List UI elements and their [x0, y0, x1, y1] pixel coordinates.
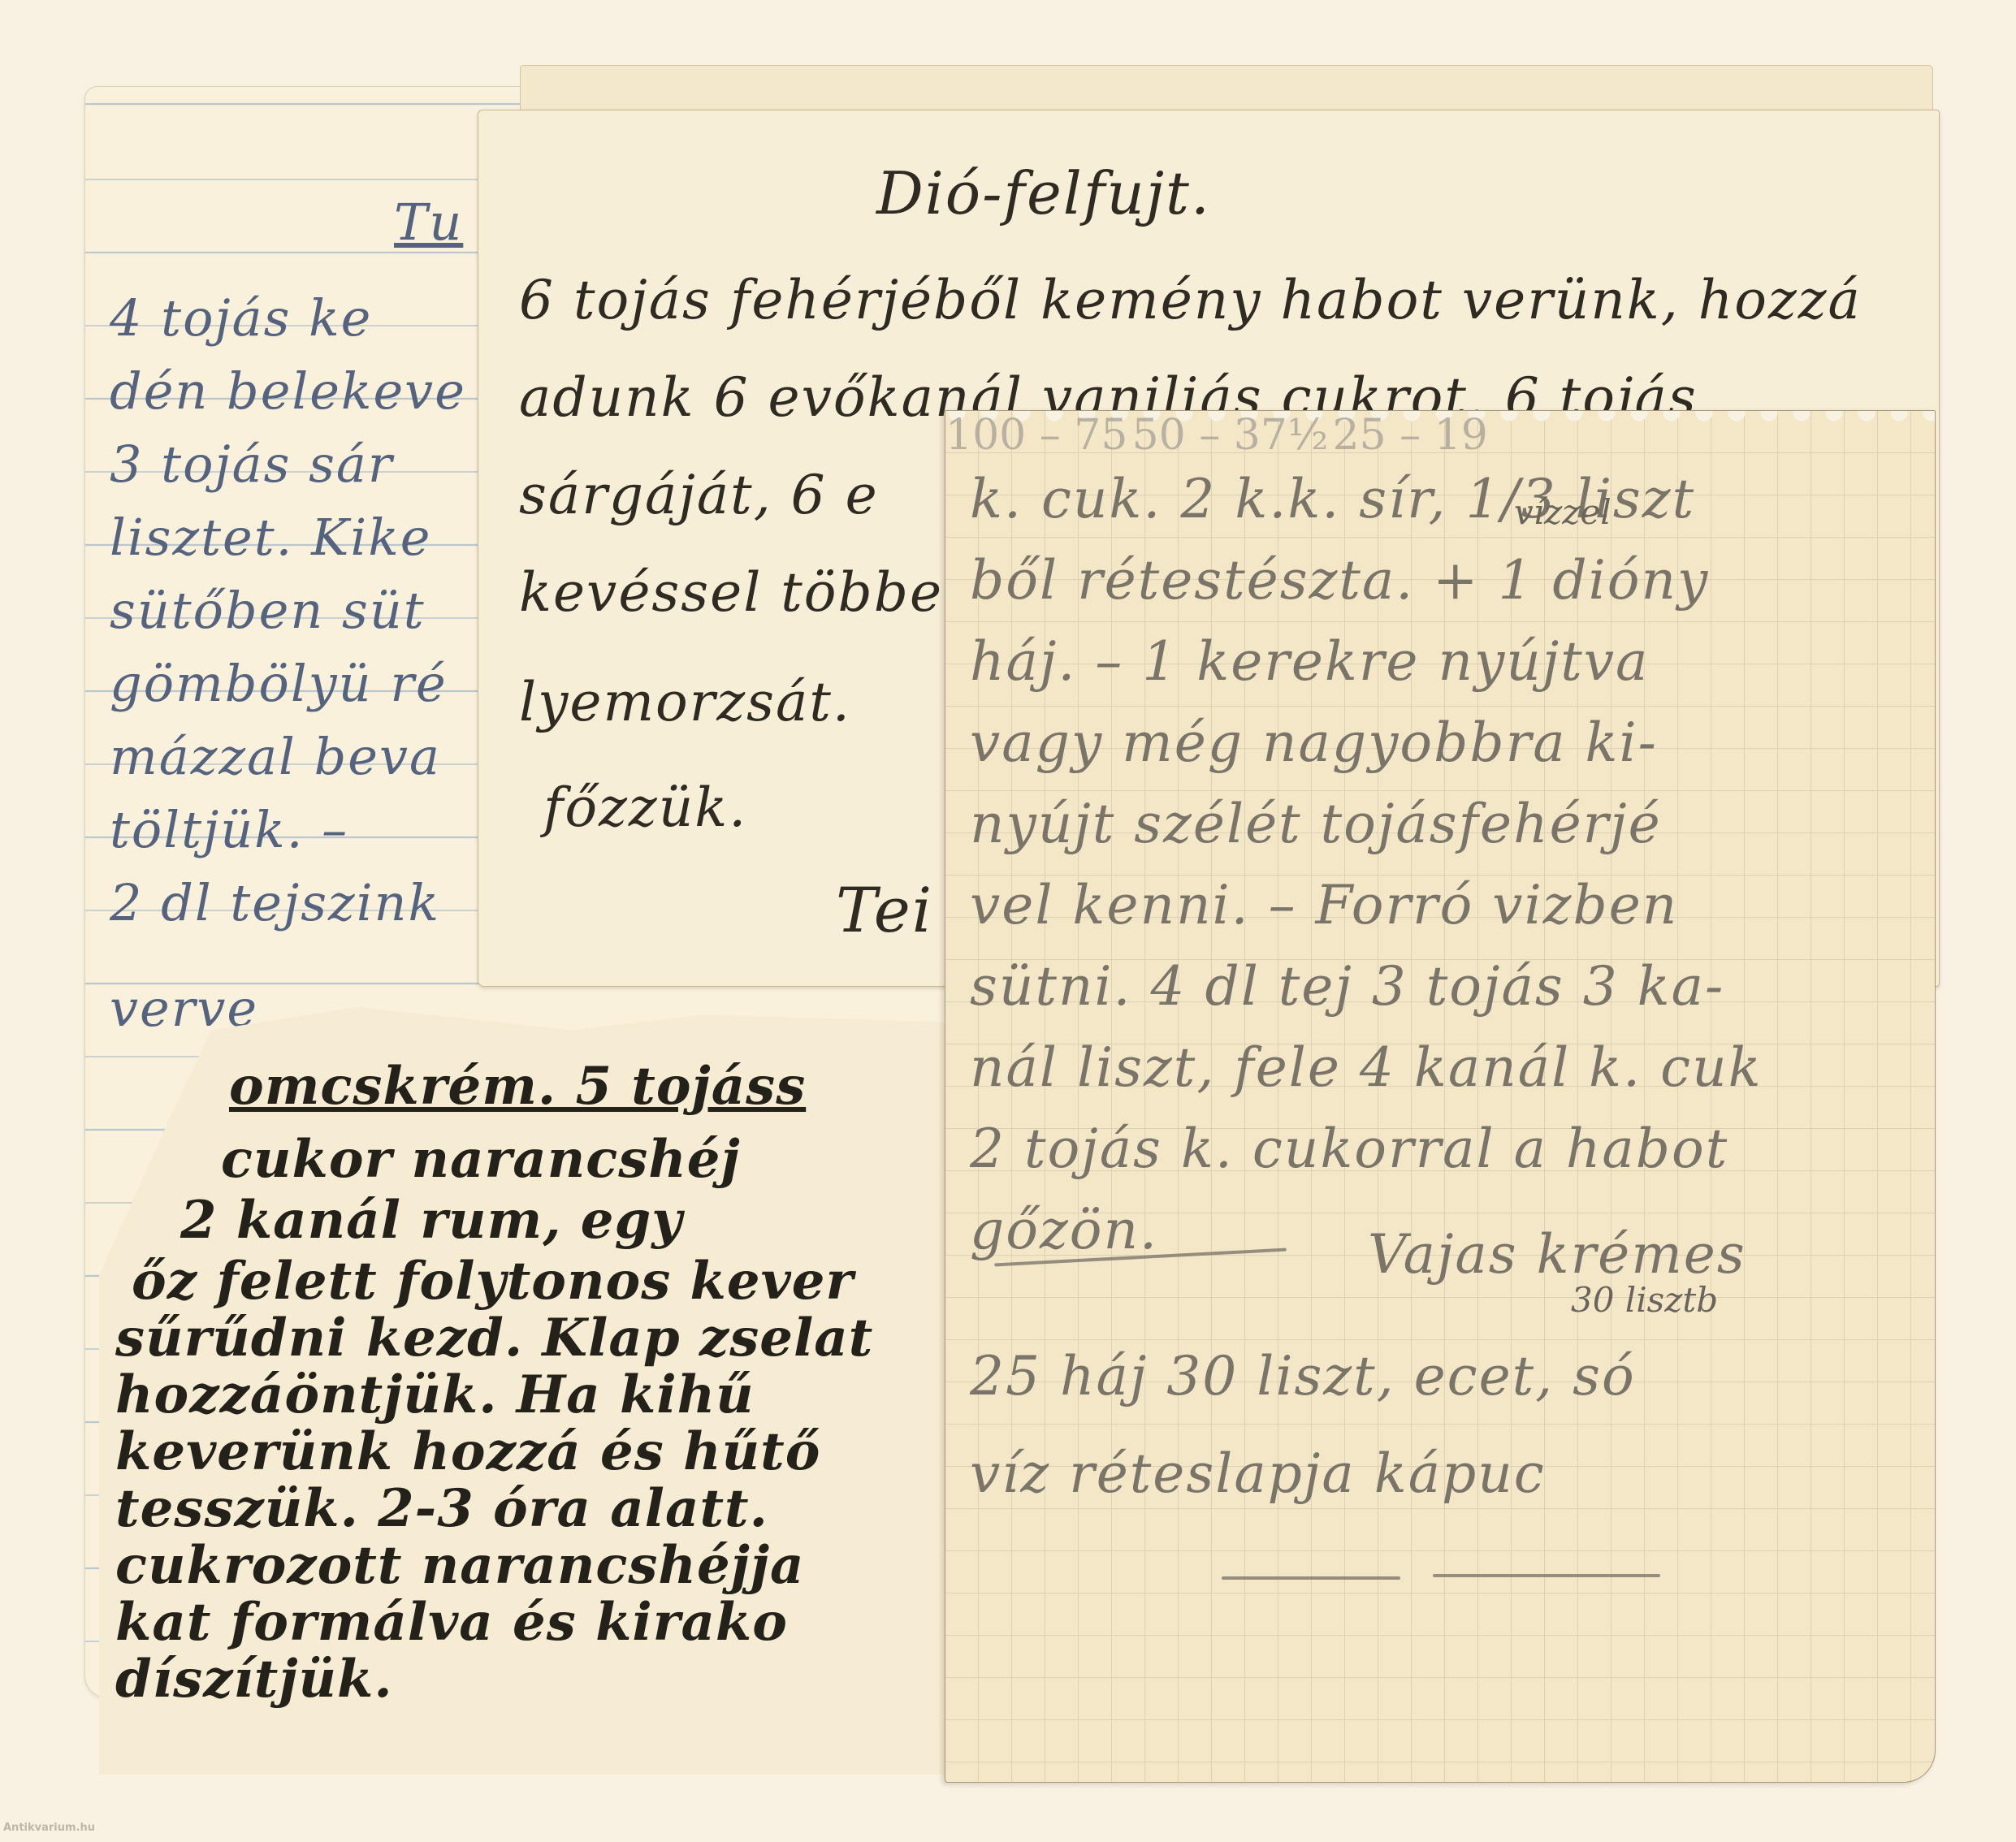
dio-line-1: 6 tojás fehérjéből kemény habot verünk, … — [519, 269, 1862, 331]
graph-line-9: 2 tojás k. cukorral a habot — [970, 1118, 1728, 1180]
lined-line-1: 4 tojás ke — [110, 288, 372, 348]
graph-section2-title: Vajas krémes — [1368, 1223, 1746, 1286]
divider-rule-3 — [1433, 1574, 1660, 1577]
graph-line-6: vel kenni. – Forró vizben — [970, 874, 1678, 936]
torn-line-7: keverünk hozzá és hűtő — [115, 1421, 820, 1482]
torn-line-1: omcskrém. 5 tojáss — [229, 1056, 806, 1117]
dio-line-4: kevéssel többet — [519, 561, 967, 624]
lined-line-9: 2 dl tejszink — [110, 873, 440, 932]
torn-line-5: sűrűdni kezd. Klap zselat — [115, 1308, 873, 1369]
graph-line-8: nál liszt, fele 4 kanál k. cuk — [970, 1036, 1763, 1099]
torn-line-6: hozzáöntjük. Ha kihű — [115, 1364, 755, 1425]
lined-line-2: dén belekeve — [110, 361, 466, 421]
lined-line-8: töltjük. – — [110, 800, 348, 859]
graph-line-10: gőzön. — [970, 1199, 1158, 1261]
lined-line-7: mázzal beva — [110, 727, 441, 786]
graph-section2-line-2: víz réteslapja kápuc — [970, 1442, 1546, 1505]
graph-section2-note: 30 lisztb — [1571, 1280, 1718, 1320]
graph-line-7: sütni. 4 dl tej 3 tojás 3 ka- — [970, 955, 1724, 1018]
calc-line-3: 25 – 19 — [1332, 411, 1487, 460]
torn-line-2: cukor narancshéj — [221, 1129, 741, 1190]
divider-rule-2 — [1222, 1576, 1400, 1580]
dio-card-title: Dió-felfujt. — [876, 159, 1211, 227]
graph-line-3: háj. – 1 kerekre nyújtva — [970, 630, 1649, 693]
graph-line-2: ből rétestészta. + 1 dióny — [970, 549, 1709, 612]
graph-section2-line-1: 25 háj 30 liszt, ecet, só — [970, 1345, 1636, 1407]
calc-line-1: 100 – 75 — [945, 411, 1127, 460]
graph-line-5: nyújt szélét tojásfehérjé — [970, 793, 1662, 855]
torn-recipe-scrap: omcskrém. 5 tojáss cukor narancshéj 2 ka… — [99, 1007, 960, 1775]
dio-line-3: sárgáját, 6 e — [519, 464, 879, 526]
torn-line-8: tesszük. 2-3 óra alatt. — [115, 1478, 768, 1539]
torn-line-3: 2 kanál rum, egy — [180, 1190, 682, 1251]
lined-line-4: lisztet. Kike — [110, 508, 432, 567]
graph-paper-page: k. cuk. 2 k.k. sír, 1/3 liszt vízzel ből… — [945, 410, 1936, 1783]
dio-line-5: lyemorzsát. — [519, 671, 851, 733]
torn-line-11: díszítjük. — [115, 1649, 393, 1710]
dio-line-6: főzzük. — [543, 776, 747, 839]
lined-line-5: sütőben süt — [110, 581, 426, 640]
torn-line-9: cukrozott narancshéjja — [115, 1535, 804, 1596]
lined-line-3: 3 tojás sár — [110, 435, 394, 494]
watermark: Antikvarium.hu — [3, 1822, 95, 1834]
graph-line-4: vagy még nagyobbra ki- — [970, 711, 1658, 774]
lined-page-title: Tu — [394, 192, 463, 252]
graph-insertion: vízzel — [1514, 492, 1612, 532]
dio-signature: Tei — [836, 874, 933, 946]
torn-line-4: őz felett folytonos kever — [132, 1251, 854, 1312]
torn-line-10: kat formálva és kirako — [115, 1592, 788, 1653]
calc-line-2: 50 – 37½ — [1132, 411, 1329, 460]
lined-line-6: gömbölyü ré — [110, 654, 448, 713]
